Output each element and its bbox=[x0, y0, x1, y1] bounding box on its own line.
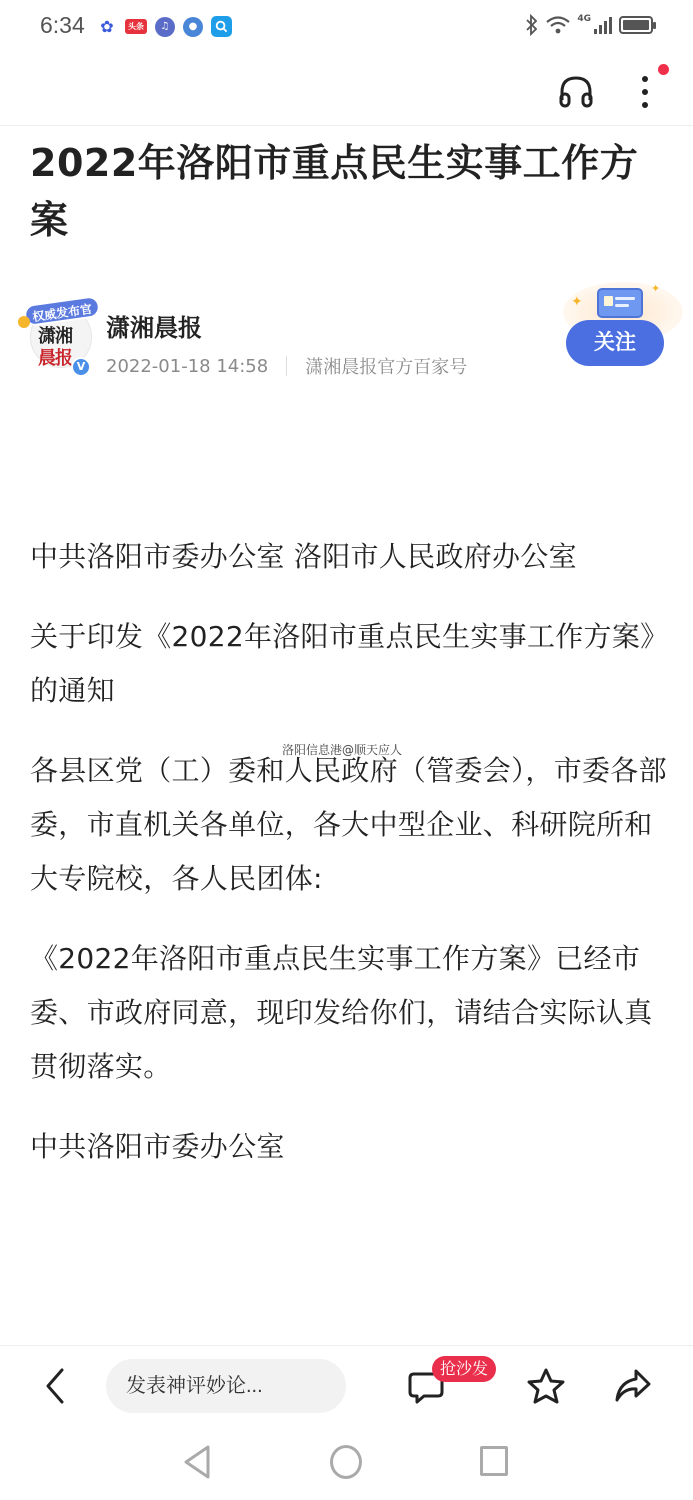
system-indicators: 4G bbox=[525, 14, 653, 36]
avatar-logo-line2: 晨报 bbox=[38, 344, 72, 370]
search-app-icon bbox=[211, 16, 232, 37]
share-icon bbox=[612, 1366, 652, 1406]
bluetooth-icon bbox=[525, 14, 539, 36]
author-row: 潇湘 晨报 权威发布官 V 潇湘晨报 2022-01-18 14:58 潇湘晨报… bbox=[18, 290, 678, 380]
more-vertical-icon bbox=[642, 76, 648, 82]
paragraph: 《2022年洛阳市重点民生实事工作方案》已经市委、市政府同意，现印发给你们，请结… bbox=[30, 932, 670, 1094]
baidu-icon: ✿ bbox=[97, 17, 117, 37]
share-button[interactable] bbox=[612, 1366, 656, 1408]
follow-widget: ✦ ✦ 关注 bbox=[563, 282, 673, 372]
system-home-button[interactable] bbox=[330, 1445, 362, 1479]
authority-badge: 权威发布官 bbox=[23, 295, 101, 327]
paragraph: 关于印发《2022年洛阳市重点民生实事工作方案》的通知 bbox=[30, 610, 670, 718]
article-body: 中共洛阳市委办公室 洛阳市人民政府办公室 关于印发《2022年洛阳市重点民生实事… bbox=[30, 530, 670, 1200]
top-toolbar bbox=[0, 56, 693, 126]
system-back-button[interactable] bbox=[182, 1444, 212, 1484]
music-icon: ♫ bbox=[155, 17, 175, 37]
favorite-button[interactable] bbox=[526, 1366, 568, 1408]
more-dot bbox=[642, 89, 648, 95]
status-bar: 6:34 ✿ 头条 ♫ ● 4G bbox=[0, 0, 693, 56]
sparkle-icon: ✦ bbox=[571, 294, 583, 310]
paragraph: 各县区党（工）委和人民政府（管委会），市委各部委，市直机关各单位，各大中型企业、… bbox=[30, 744, 670, 906]
watermark: 洛阳信息港@顺天应人 bbox=[282, 741, 402, 758]
sparkle-icon: ✦ bbox=[651, 282, 660, 295]
verified-icon: V bbox=[71, 357, 91, 377]
system-nav-bar bbox=[0, 1428, 693, 1500]
author-name[interactable]: 潇湘晨报 bbox=[106, 308, 202, 343]
back-icon bbox=[40, 1366, 72, 1406]
battery-icon bbox=[619, 16, 653, 34]
more-options-button[interactable] bbox=[630, 68, 660, 114]
notification-dot bbox=[658, 64, 669, 75]
network-type: 4G bbox=[577, 14, 591, 24]
paragraph: 中共洛阳市委办公室 bbox=[30, 1120, 670, 1174]
triangle-back-icon bbox=[182, 1444, 212, 1480]
star-icon bbox=[526, 1366, 566, 1406]
meta-divider bbox=[286, 356, 287, 376]
publish-date: 2022-01-18 14:58 bbox=[106, 356, 268, 377]
notification-icons: ✿ 头条 ♫ ● bbox=[97, 16, 232, 37]
signal-icon bbox=[593, 15, 613, 35]
scroll-icon bbox=[597, 288, 643, 318]
headphone-icon bbox=[556, 72, 596, 112]
follow-button[interactable]: 关注 bbox=[566, 320, 664, 366]
sofa-badge[interactable]: 抢沙发 bbox=[432, 1356, 496, 1382]
more-dot bbox=[642, 102, 648, 108]
author-meta: 2022-01-18 14:58 潇湘晨报官方百家号 bbox=[106, 353, 467, 379]
paragraph: 中共洛阳市委办公室 洛阳市人民政府办公室 bbox=[30, 530, 670, 584]
toutiao-icon: 头条 bbox=[125, 19, 147, 34]
author-avatar[interactable]: 潇湘 晨报 权威发布官 V bbox=[18, 294, 102, 378]
account-description: 潇湘晨报官方百家号 bbox=[305, 353, 467, 379]
key-icon bbox=[18, 316, 30, 328]
wifi-icon bbox=[545, 15, 571, 35]
back-button[interactable] bbox=[40, 1366, 72, 1406]
globe-icon: ● bbox=[183, 17, 203, 37]
article-title: 2022年洛阳市重点民生实事工作方案 bbox=[30, 135, 660, 249]
bottom-action-bar: 抢沙发 bbox=[0, 1345, 693, 1427]
system-recents-button[interactable] bbox=[480, 1446, 508, 1476]
status-time: 6:34 bbox=[40, 12, 85, 39]
listen-button[interactable] bbox=[556, 72, 596, 112]
comment-input[interactable] bbox=[106, 1359, 346, 1413]
